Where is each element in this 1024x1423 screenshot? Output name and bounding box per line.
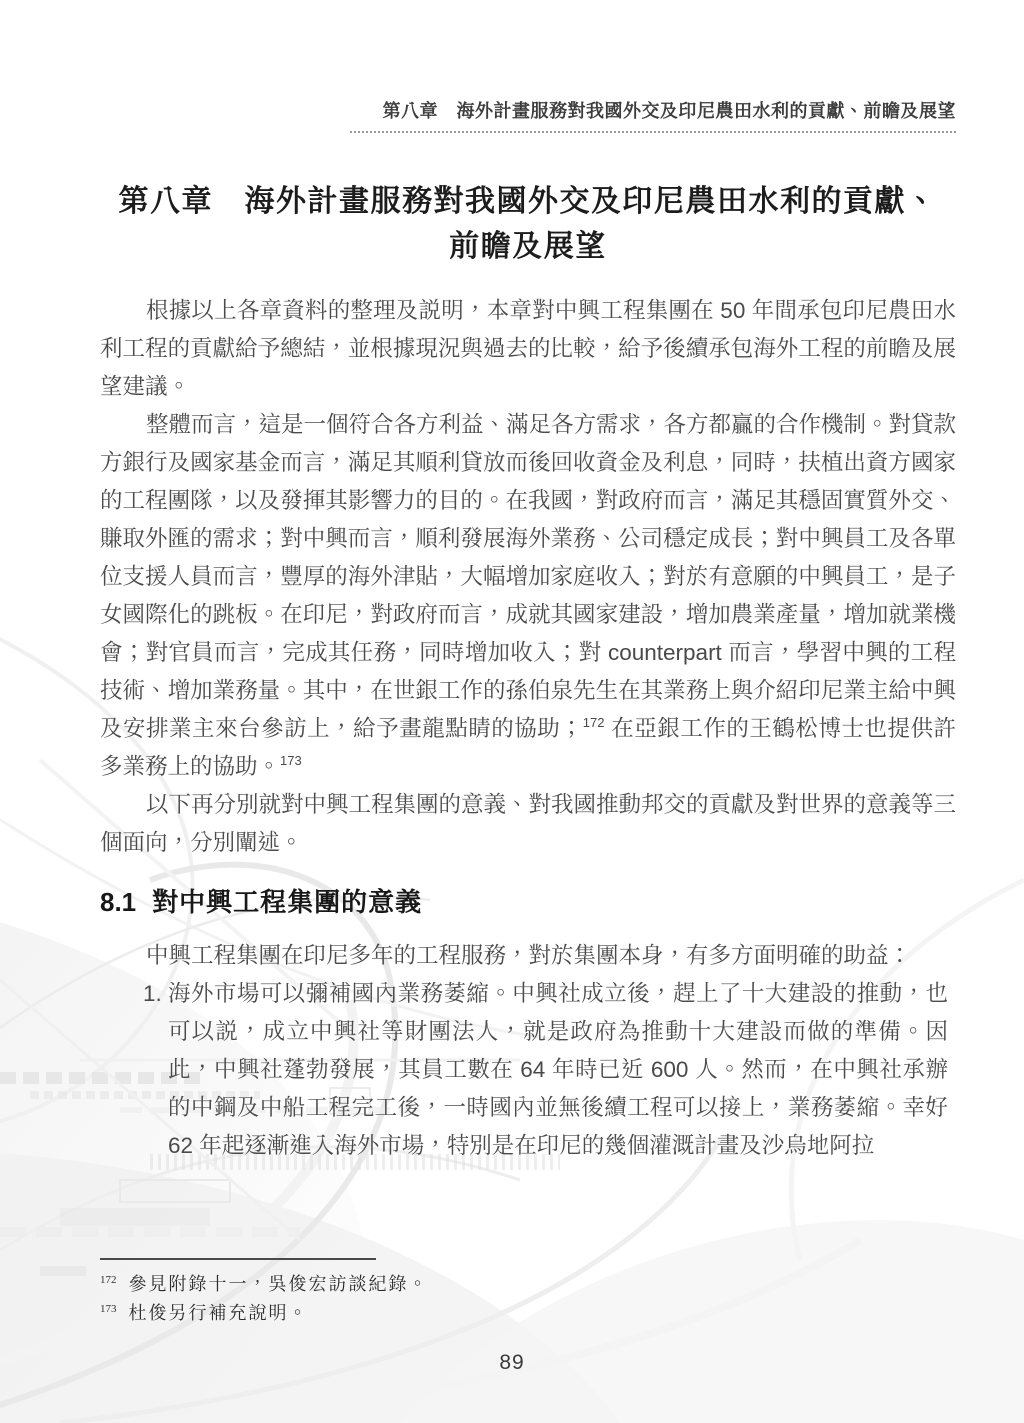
chapter-title-line2: 前瞻及展望 bbox=[84, 224, 972, 269]
footnote-173-marker: 173 bbox=[100, 1303, 117, 1315]
footnote-172-marker: 172 bbox=[100, 1274, 117, 1286]
section-intro: 中興工程集團在印尼多年的工程服務，對於集團本身，有多方面明確的助益： bbox=[100, 937, 956, 975]
footnote-173-text: 杜俊另行補充說明。 bbox=[129, 1303, 309, 1323]
body-text-column: 根據以上各章資料的整理及説明，本章對中興工程集團在 50 年間承包印尼農田水利工… bbox=[100, 292, 956, 1165]
document-page: 第八章 海外計畫服務對我國外交及印尼農田水利的貢獻、前瞻及展望 第八章 海外計畫… bbox=[0, 0, 1024, 1423]
list-item-text: 海外市場可以彌補國內業務萎縮。中興社成立後，趕上了十大建設的推動，也可以説，成立… bbox=[168, 981, 948, 1158]
footnote-ref-173: 173 bbox=[280, 753, 302, 768]
footnote-ref-172: 172 bbox=[583, 715, 605, 730]
section-number: 8.1 bbox=[100, 887, 136, 917]
paragraph-overview: 根據以上各章資料的整理及説明，本章對中興工程集團在 50 年間承包印尼農田水利工… bbox=[100, 292, 956, 406]
footnote-173: 173杜俊另行補充說明。 bbox=[100, 1297, 956, 1326]
chapter-title-line1: 第八章 海外計畫服務對我國外交及印尼農田水利的貢獻、 bbox=[84, 179, 972, 224]
footnotes-block: 172參見附錄十一，吳俊宏訪談紀錄。 173杜俊另行補充說明。 bbox=[100, 1258, 956, 1326]
running-header: 第八章 海外計畫服務對我國外交及印尼農田水利的貢獻、前瞻及展望 bbox=[100, 99, 956, 123]
header-dotted-rule bbox=[350, 131, 956, 133]
paragraph-transition: 以下再分別就對中興工程集團的意義、對我國推動邦交的貢獻及對世界的意義等三個面向，… bbox=[100, 786, 956, 862]
paragraph-cooperation: 整體而言，這是一個符合各方利益、滿足各方需求，各方都贏的合作機制。對貸款方銀行及… bbox=[100, 406, 956, 786]
paragraph-cooperation-text: 整體而言，這是一個符合各方利益、滿足各方需求，各方都贏的合作機制。對貸款方銀行及… bbox=[100, 412, 956, 741]
footnote-divider bbox=[100, 1258, 376, 1260]
chapter-title: 第八章 海外計畫服務對我國外交及印尼農田水利的貢獻、 前瞻及展望 bbox=[84, 179, 972, 269]
footnote-172-text: 參見附錄十一，吳俊宏訪談紀錄。 bbox=[129, 1274, 429, 1294]
section-title: 對中興工程集團的意義 bbox=[152, 887, 422, 917]
list-item-marker: 1. bbox=[143, 975, 162, 1013]
page-number: 89 bbox=[0, 1351, 1024, 1375]
section-heading-8-1: 8.1對中興工程集團的意義 bbox=[100, 884, 956, 920]
numbered-list-item-1: 1.海外市場可以彌補國內業務萎縮。中興社成立後，趕上了十大建設的推動，也可以説，… bbox=[100, 975, 956, 1165]
footnote-172: 172參見附錄十一，吳俊宏訪談紀錄。 bbox=[100, 1268, 956, 1297]
